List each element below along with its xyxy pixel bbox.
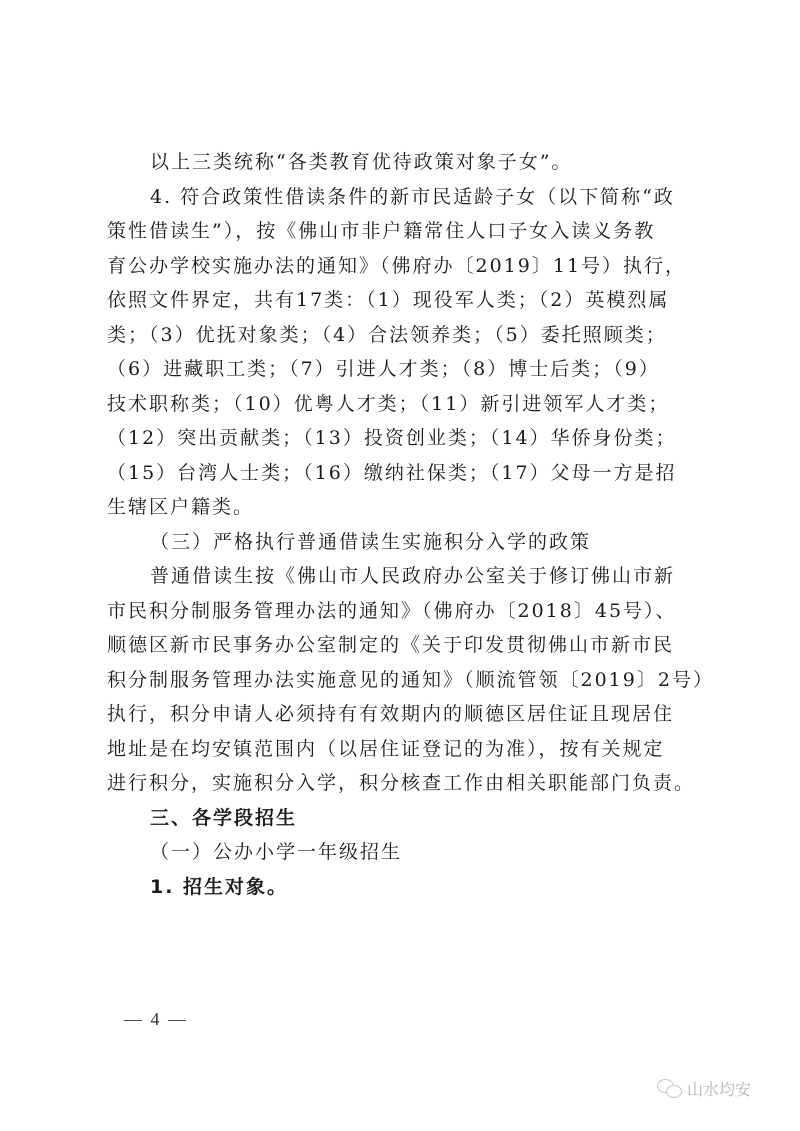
paragraph-line-8: 技术职称类；（10）优粤人才类；（11）新引进领军人才类； xyxy=(107,387,707,422)
paragraph-line-11: 生辖区户籍类。 xyxy=(107,490,707,525)
paragraph-line-4: 育公办学校实施办法的通知》（佛府办〔2019〕11号）执行， xyxy=(107,249,707,284)
item-heading-1: 1. 招生对象。 xyxy=(107,870,707,905)
paragraph-line-7: （6）进藏职工类；（7）引进人才类；（8）博士后类；（9） xyxy=(107,352,707,387)
watermark-text: 山水均安 xyxy=(687,1077,751,1100)
paragraph-line-16: 积分制服务管理办法实施意见的通知》（顺流管领〔2019〕2号） xyxy=(107,663,707,698)
paragraph-line-17: 执行，积分申请人必须持有有效期内的顺德区居住证且现居住 xyxy=(107,697,707,732)
subsection-heading-1: （一）公办小学一年级招生 xyxy=(107,835,707,870)
watermark: 山水均安 xyxy=(657,1077,751,1100)
paragraph-line-1: 以上三类统称“各类教育优待政策对象子女”。 xyxy=(107,145,707,180)
paragraph-line-9: （12）突出贡献类；（13）投资创业类；（14）华侨身份类； xyxy=(107,421,707,456)
section-heading-3: 三、各学段招生 xyxy=(107,801,707,836)
paragraph-line-13: 普通借读生按《佛山市人民政府办公室关于修订佛山市新 xyxy=(107,559,707,594)
paragraph-line-6: 类；（3）优抚对象类；（4）合法领养类；（5）委托照顾类； xyxy=(107,318,707,353)
paragraph-line-19: 进行积分，实施积分入学，积分核查工作由相关职能部门负责。 xyxy=(107,766,707,801)
page-number: — 4 — xyxy=(124,1009,188,1030)
subsection-heading-3: （三）严格执行普通借读生实施积分入学的政策 xyxy=(107,525,707,560)
paragraph-line-3: 策性借读生”），按《佛山市非户籍常住人口子女入读义务教 xyxy=(107,214,707,249)
paragraph-line-10: （15）台湾人士类；（16）缴纳社保类；（17）父母一方是招 xyxy=(107,456,707,491)
wechat-icon xyxy=(657,1079,683,1099)
paragraph-line-15: 顺德区新市民事务办公室制定的《关于印发贯彻佛山市新市民 xyxy=(107,628,707,663)
paragraph-line-2: 4. 符合政策性借读条件的新市民适龄子女（以下简称“政 xyxy=(107,180,707,215)
paragraph-line-14: 市民积分制服务管理办法的通知》（佛府办〔2018〕45号）、 xyxy=(107,594,707,629)
paragraph-line-18: 地址是在均安镇范围内（以居住证登记的为准），按有关规定 xyxy=(107,732,707,767)
document-page: 以上三类统称“各类教育优待政策对象子女”。 4. 符合政策性借读条件的新市民适龄… xyxy=(107,145,707,904)
paragraph-line-5: 依照文件界定，共有17类：（1）现役军人类；（2）英模烈属 xyxy=(107,283,707,318)
